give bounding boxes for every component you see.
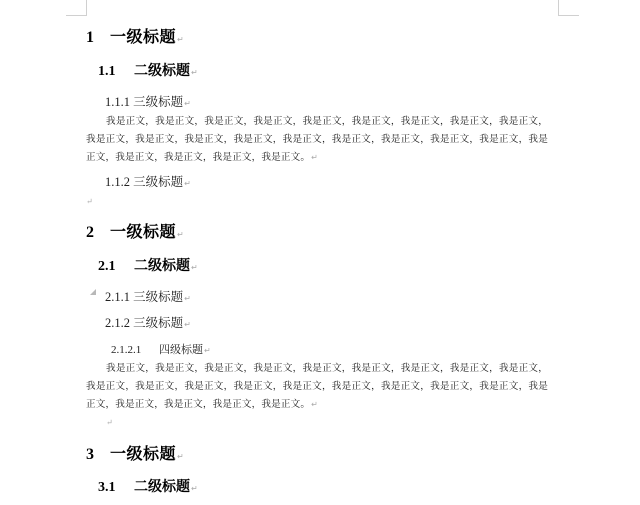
heading-number: 3.1: [98, 480, 134, 496]
paragraph-mark-icon: ↵: [86, 197, 93, 206]
heading-2[interactable]: 1.1二级标题↵: [98, 60, 198, 80]
heading-3[interactable]: 1.1.2 三级标题↵: [105, 172, 191, 190]
heading-text: 一级标题: [110, 29, 176, 46]
heading-1[interactable]: 3一级标题↵: [86, 441, 184, 464]
heading-2[interactable]: 2.1二级标题↵: [98, 255, 198, 275]
heading-text: 二级标题: [134, 480, 190, 495]
heading-text: 三级标题: [133, 316, 183, 330]
heading-4[interactable]: 2.1.2.1四级标题↵: [111, 341, 211, 357]
heading-1[interactable]: 2一级标题↵: [86, 219, 184, 242]
heading-text: 四级标题: [159, 344, 203, 356]
paragraph-mark-icon: ↵: [106, 418, 113, 427]
page-corner-mark-right: [558, 0, 579, 16]
paragraph-mark-icon: ↵: [177, 35, 184, 44]
paragraph-mark-icon: ↵: [191, 263, 198, 272]
heading-number: 1: [86, 29, 110, 47]
body-paragraph[interactable]: 我是正文，我是正文，我是正文，我是正文，我是正文，我是正文，我是正文，我是正文，…: [86, 360, 548, 414]
heading-number: 1.1.1: [105, 95, 130, 109]
heading-number: 3: [86, 446, 110, 464]
heading-1[interactable]: 1一级标题↵: [86, 24, 184, 47]
paragraph-mark-icon: ↵: [184, 320, 191, 329]
heading-text: 二级标题: [134, 259, 190, 274]
heading-number: 2.1.2: [105, 316, 130, 330]
page-corner-mark-left: [66, 0, 87, 16]
body-paragraph[interactable]: 我是正文，我是正文，我是正文，我是正文，我是正文，我是正文，我是正文，我是正文，…: [86, 113, 548, 167]
paragraph-mark-icon: ↵: [311, 153, 318, 162]
heading-text: 二级标题: [134, 64, 190, 79]
paragraph-mark-icon: ↵: [177, 452, 184, 461]
heading-number: 2: [86, 224, 110, 242]
paragraph-mark-icon: ↵: [191, 484, 198, 493]
heading-3[interactable]: 2.1.1 三级标题↵: [105, 287, 191, 305]
heading-text: 三级标题: [133, 95, 183, 109]
heading-number: 2.1.1: [105, 290, 130, 304]
heading-2[interactable]: 3.1二级标题↵: [98, 476, 198, 496]
heading-text: 一级标题: [110, 224, 176, 241]
paragraph-mark-icon: ↵: [191, 68, 198, 77]
paragraph-mark-icon: ↵: [184, 179, 191, 188]
paragraph-mark-icon: ↵: [184, 294, 191, 303]
heading-text: 三级标题: [133, 175, 183, 189]
paragraph-mark-icon: ↵: [204, 346, 211, 355]
paragraph-mark-icon: ↵: [184, 99, 191, 108]
heading-text: 一级标题: [110, 446, 176, 463]
heading-text: 三级标题: [133, 290, 183, 304]
heading-number: 2.1: [98, 259, 134, 275]
heading-3[interactable]: 1.1.1 三级标题↵: [105, 92, 191, 110]
heading-number: 1.1: [98, 64, 134, 80]
paragraph-mark-icon: ↵: [177, 230, 184, 239]
heading-3[interactable]: 2.1.2 三级标题↵: [105, 313, 191, 331]
collapse-triangle-icon[interactable]: [90, 289, 96, 295]
paragraph-mark-icon: ↵: [311, 400, 318, 409]
heading-number: 2.1.2.1: [111, 344, 159, 356]
heading-number: 1.1.2: [105, 175, 130, 189]
